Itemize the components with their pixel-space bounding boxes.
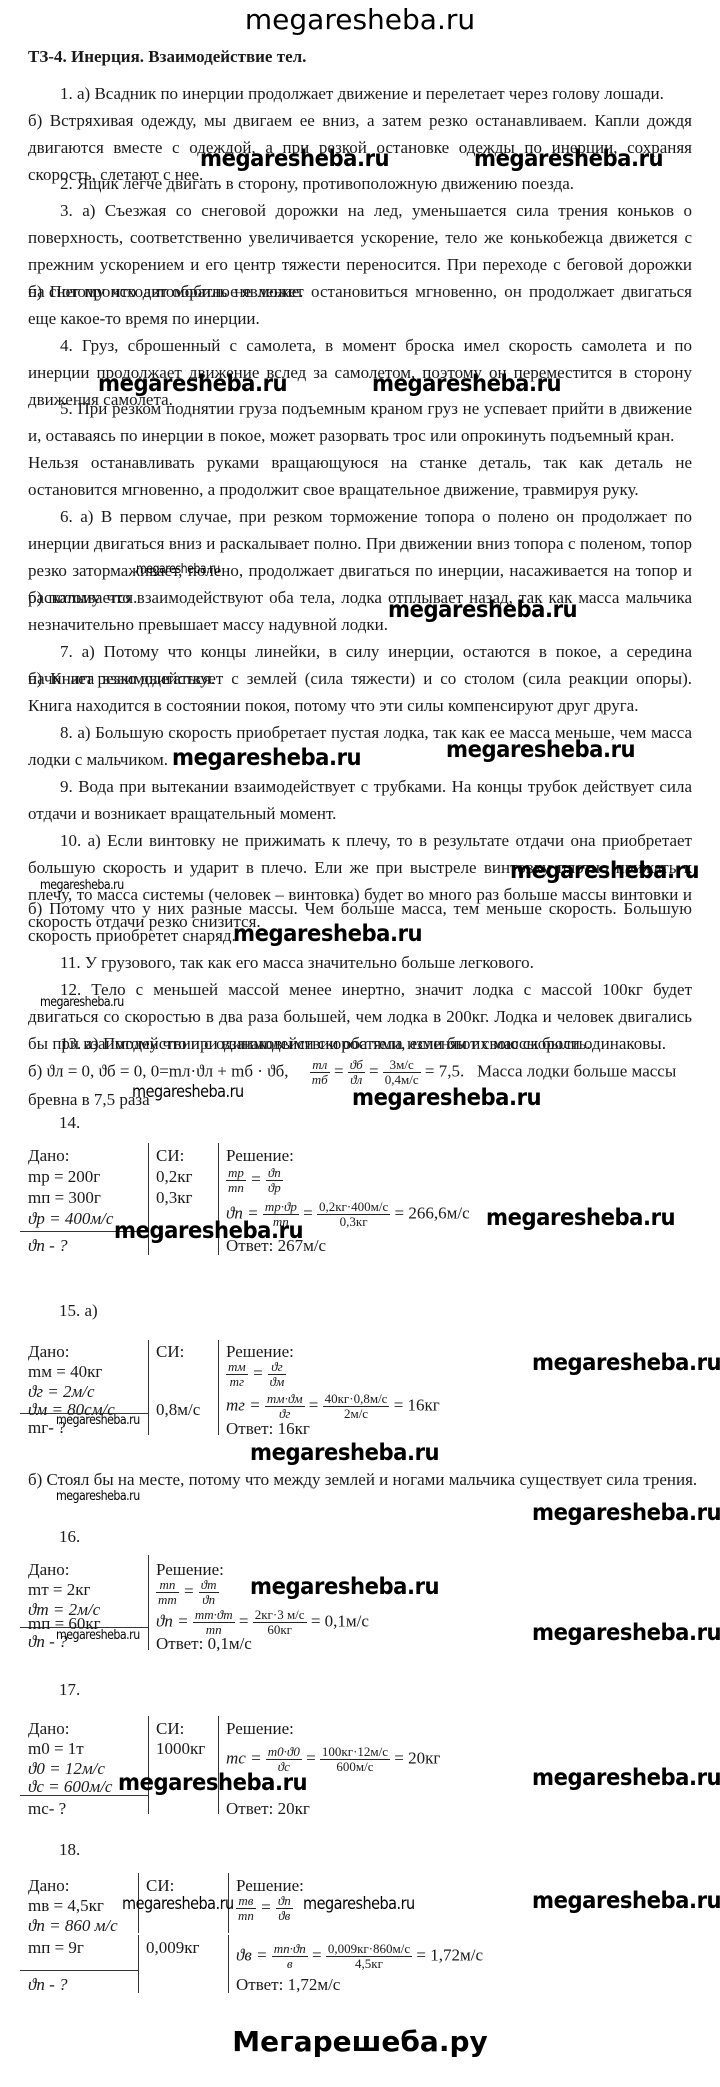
solution-label: Решение:: [226, 1719, 294, 1739]
watermark: megaresheba.ru: [122, 1894, 234, 1914]
given-item: mр = 200г: [28, 1167, 100, 1187]
table-divider: [228, 1935, 229, 1993]
table-divider: [20, 1970, 139, 1971]
ratio: mрmп = ϑпϑр: [226, 1166, 283, 1195]
watermark: megaresheba.ru: [446, 737, 635, 763]
answer-text: Ответ: 1,72м/с: [236, 1975, 340, 1995]
fraction-part: mт·ϑт: [193, 1608, 235, 1623]
fraction-part: ϑтϑп: [199, 1578, 219, 1607]
given-item: mп = 300г: [28, 1188, 101, 1208]
formula: mг = mм·ϑмϑг = 40кг·0,8м/с2м/с = 16кг: [226, 1392, 440, 1421]
watermark: megaresheba.ru: [372, 371, 561, 397]
fraction-part: mг: [226, 1375, 248, 1389]
fraction-part: 3м/с: [383, 1058, 421, 1073]
answer-1a: 1. а) Всадник по инерции продолжает движ…: [28, 80, 692, 107]
fraction-part: ϑг: [268, 1360, 287, 1375]
answer-13b-cont: бревна в 7,5 раза: [28, 1090, 150, 1110]
fraction-part: в: [272, 1957, 308, 1971]
table-divider: [148, 1555, 149, 1650]
si-item: 0,8м/с: [156, 1400, 200, 1420]
fraction-part: mп·ϑп: [272, 1942, 308, 1957]
table-divider: [148, 1340, 149, 1435]
answer-11: 11. У грузового, так как его масса значи…: [28, 949, 692, 976]
watermark: megaresheba.ru: [532, 1888, 720, 1914]
problem-16-number: 16.: [59, 1527, 80, 1547]
si-item: 1000кг: [156, 1739, 205, 1759]
answer-13a: 13. а) Потому что при взаимодействии оба…: [28, 1030, 692, 1057]
fraction-part: 100кг·12м/с600м/с: [320, 1745, 390, 1774]
fraction: ϑбϑл: [348, 1058, 365, 1087]
fraction-part: mм: [226, 1360, 248, 1375]
answer-3b: б) Потому что автомобиль не может остано…: [28, 278, 692, 332]
si-item: 0,2кг: [156, 1167, 192, 1187]
answer-text: Ответ: 16кг: [226, 1419, 310, 1439]
find-item: mг- ?: [28, 1418, 66, 1438]
formula: ϑп = mт·ϑтmп = 2кг·3 м/с60кг = 0,1м/с: [156, 1608, 369, 1637]
fraction-part: mп: [226, 1181, 246, 1195]
given-label: Дано:: [28, 1342, 69, 1362]
fraction-part: ϑм: [268, 1375, 287, 1389]
table-divider: [148, 1716, 149, 1814]
fraction-part: 40кг·0,8м/с: [323, 1392, 390, 1407]
fraction-part: 0,009кг·860м/с: [326, 1942, 412, 1957]
fraction-part: mв: [236, 1894, 256, 1909]
watermark: megaresheba.ru: [532, 1765, 720, 1791]
fraction-part: 0,2кг·400м/с: [317, 1200, 390, 1215]
solution-label: Решение:: [226, 1146, 294, 1166]
watermark: megaresheba.ru: [200, 146, 389, 172]
watermark: megaresheba.ru: [118, 1770, 307, 1796]
fraction-part: ϑр: [266, 1181, 283, 1195]
site-header[interactable]: megaresheba.ru: [0, 3, 720, 36]
fraction-part: ϑт: [199, 1578, 219, 1593]
problem-17-number: 17.: [59, 1680, 80, 1700]
fraction-part: 2кг·3 м/с60кг: [253, 1608, 307, 1637]
answer-15b: б) Стоял бы на месте, потому что между з…: [28, 1470, 697, 1490]
fraction-part: mмmг: [226, 1360, 248, 1389]
site-footer[interactable]: Мегарешеба.ру: [0, 2025, 720, 2058]
fraction-part: mл: [310, 1058, 330, 1073]
ratio: mпmт = ϑтϑп: [156, 1578, 219, 1607]
answer-7b: б) Книга взаимодействует с землей (сила …: [28, 665, 692, 719]
watermark: megaresheba.ru: [388, 597, 577, 623]
answer-13b: б) ϑл = 0, ϑб = 0, 0=mл·ϑл + mб · ϑб, mл…: [28, 1058, 676, 1087]
formula: ϑв = mп·ϑпв = 0,009кг·860м/с4,5кг = 1,72…: [236, 1942, 483, 1971]
problem-15-number: 15. а): [59, 1301, 98, 1321]
fraction-part: ϑб: [348, 1058, 365, 1073]
answer-text: Ответ: 20кг: [226, 1799, 310, 1819]
fraction-part: ϑгϑм: [268, 1360, 287, 1389]
find-item: ϑп - ?: [28, 1975, 68, 1995]
si-item: 0,009кг: [146, 1938, 199, 1958]
fraction-part: 0,009кг·860м/с4,5кг: [326, 1942, 412, 1971]
watermark: megaresheba.ru: [250, 1574, 439, 1600]
watermark: megaresheba.ru: [532, 1350, 720, 1376]
formula-13b-prefix: б) ϑл = 0, ϑб = 0, 0=mл·ϑл + mб · ϑб,: [28, 1061, 289, 1080]
given-item: ϑ0 = 12м/с: [28, 1759, 105, 1779]
fraction-part: mт·ϑтmп: [193, 1608, 235, 1637]
fraction-part: ϑп: [276, 1894, 293, 1909]
watermark: megaresheba.ru: [56, 1489, 140, 1504]
fraction-part: mт: [156, 1593, 179, 1607]
fraction-part: ϑпϑв: [276, 1894, 293, 1923]
given-item: ϑс = 600м/с: [28, 1777, 112, 1797]
answer-2: 2. Ящик легче двигать в сторону, противо…: [28, 170, 692, 197]
si-item: 0,3кг: [156, 1188, 192, 1208]
fraction-part: 0,2кг·400м/с0,3кг: [317, 1200, 390, 1229]
si-label: СИ:: [146, 1876, 174, 1896]
answer-5a: 5. При резком поднятии груза подъемным к…: [28, 395, 692, 449]
watermark: megaresheba.ru: [510, 858, 699, 884]
given-item: mм = 40кг: [28, 1362, 102, 1382]
given-item: mт = 2кг: [28, 1580, 90, 1600]
answer-9: 9. Вода при вытекании взаимодействует с …: [28, 773, 692, 827]
fraction-part: 2м/с: [323, 1407, 390, 1421]
fraction-part: mвmп: [236, 1894, 256, 1923]
given-item: ϑг = 2м/с: [28, 1382, 95, 1402]
watermark: megaresheba.ru: [114, 1218, 303, 1244]
given-item: mп = 9г: [28, 1938, 84, 1958]
watermark: megaresheba.ru: [486, 1205, 675, 1231]
fraction-part: ϑпϑр: [266, 1166, 283, 1195]
fraction-part: 100кг·12м/с: [320, 1745, 390, 1760]
answer-text: Ответ: 0,1м/с: [156, 1634, 252, 1654]
fraction-part: mпmт: [156, 1578, 179, 1607]
watermark: megaresheba.ru: [532, 1500, 720, 1526]
si-label: СИ:: [156, 1146, 184, 1166]
fraction-part: 600м/с: [320, 1760, 390, 1774]
watermark: megaresheba.ru: [474, 146, 663, 172]
fraction-part: ϑп: [199, 1593, 219, 1607]
fraction: mлmб: [310, 1058, 330, 1087]
watermark: megaresheba.ru: [352, 1085, 541, 1111]
fraction-part: mм·ϑм: [265, 1392, 305, 1407]
si-label: СИ:: [156, 1719, 184, 1739]
fraction-part: mр: [226, 1166, 246, 1181]
watermark: megaresheba.ru: [303, 1894, 415, 1914]
watermark: megaresheba.ru: [40, 995, 124, 1010]
watermark: megaresheba.ru: [56, 1628, 140, 1643]
given-label: Дано:: [28, 1146, 69, 1166]
watermark: megaresheba.ru: [98, 371, 287, 397]
fraction-part: mп: [156, 1578, 179, 1593]
watermark: megaresheba.ru: [40, 878, 124, 893]
table-divider: [218, 1340, 219, 1435]
si-label: СИ:: [156, 1342, 184, 1362]
fraction-part: 0,3кг: [317, 1215, 390, 1229]
fraction-part: ϑп: [266, 1166, 283, 1181]
problem-18-number: 18.: [59, 1840, 80, 1860]
ratio: mмmг = ϑгϑм: [226, 1360, 286, 1389]
fraction-part: 40кг·0,8м/с2м/с: [323, 1392, 390, 1421]
watermark: megaresheba.ru: [233, 921, 422, 947]
given-item: ϑп = 860 м/с: [28, 1916, 118, 1936]
given-label: Дано:: [28, 1876, 69, 1896]
given-item: ϑр = 400м/с: [28, 1209, 113, 1229]
watermark: megaresheba.ru: [250, 1440, 439, 1466]
answer-6b: б) потому что взаимодействуют оба тела, …: [28, 584, 692, 638]
fraction-part: mрmп: [226, 1166, 246, 1195]
fraction: 3м/с0,4м/с: [383, 1058, 421, 1087]
fraction-part: mм·ϑмϑг: [265, 1392, 305, 1421]
watermark: megaresheba.ru: [172, 745, 361, 771]
find-item: ϑп - ?: [28, 1236, 68, 1256]
given-item: m0 = 1т: [28, 1739, 84, 1759]
fraction-part: ϑв: [276, 1909, 293, 1923]
ratio: mвmп = ϑпϑв: [236, 1894, 293, 1923]
watermark: megaresheba.ru: [56, 1413, 140, 1428]
fraction-part: 2кг·3 м/с: [253, 1608, 307, 1623]
problem-14-number: 14.: [59, 1113, 80, 1133]
answer-5b: Нельзя останавливать руками вращающуюся …: [28, 449, 692, 503]
fraction-part: mп: [236, 1909, 256, 1923]
fraction-part: mр·ϑр: [263, 1200, 299, 1215]
table-divider: [138, 1935, 139, 1993]
page-title: ТЗ-4. Инерция. Взаимодействие тел.: [28, 47, 306, 67]
fraction-part: 60кг: [253, 1623, 307, 1637]
fraction-part: mп·ϑпв: [272, 1942, 308, 1971]
table-divider: [218, 1716, 219, 1814]
given-item: mв = 4,5кг: [28, 1896, 104, 1916]
given-label: Дано:: [28, 1719, 69, 1739]
watermark: megaresheba.ru: [136, 562, 220, 577]
watermark: megaresheba.ru: [532, 1620, 720, 1646]
given-label: Дано:: [28, 1560, 69, 1580]
fraction-part: mб: [310, 1073, 330, 1087]
fraction-part: m0·ϑ0: [266, 1745, 302, 1760]
find-item: mс- ?: [28, 1799, 66, 1819]
fraction-part: 4,5кг: [326, 1957, 412, 1971]
